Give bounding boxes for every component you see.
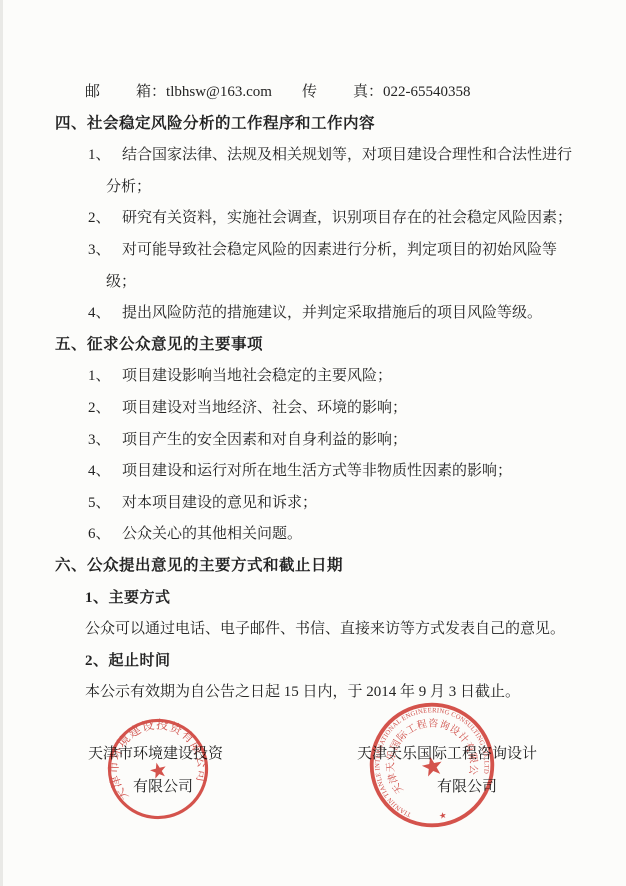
item-text: 提出风险防范的措施建议，并判定采取措施后的项目风险等级。 xyxy=(122,305,542,321)
item-number: 4、 xyxy=(88,303,122,323)
item-text: 项目产生的安全因素和对自身利益的影响； xyxy=(122,432,407,448)
item-number: 1、 xyxy=(88,145,122,165)
seal-star-icon xyxy=(420,754,444,777)
contact-line: 邮箱：tlbhsw@163.com传真：022-65540358 xyxy=(0,82,626,102)
doc-line-paragraph: 公众可以通过电话、电子邮件、书信、直接来访等方式发表自己的意见。 xyxy=(0,619,626,639)
seal-right-graphic: TIANJIN TIANLE INTERNATIONAL ENGINEERING… xyxy=(353,686,512,845)
fax-value: 022-65540358 xyxy=(383,84,471,100)
item-text: 研究有关资料，实施社会调查，识别项目存在的社会稳定风险因素； xyxy=(122,210,572,226)
item-number: 3、 xyxy=(88,240,122,260)
fax-label-suffix: 真： xyxy=(353,84,383,100)
item-number: 2、 xyxy=(88,398,122,418)
document-content: 邮箱：tlbhsw@163.com传真：022-65540358 四、社会稳定风… xyxy=(0,82,626,714)
doc-line-item: 2、项目建设对当地经济、社会、环境的影响； xyxy=(0,398,626,418)
item-number: 1、 xyxy=(88,366,122,386)
company-seal-left: 天津市环境建设投资有限公司 xyxy=(90,701,226,837)
doc-line-section: 五、征求公众意见的主要事项 xyxy=(0,335,626,355)
email-label: 邮 xyxy=(85,84,100,100)
seal-bottom-star-icon: ★ xyxy=(438,811,448,822)
seal-left-graphic: 天津市环境建设投资有限公司 xyxy=(90,701,226,837)
doc-line-item: 3、项目产生的安全因素和对自身利益的影响； xyxy=(0,430,626,450)
item-number: 2、 xyxy=(88,208,122,228)
item-text: 公众关心的其他相关问题。 xyxy=(122,526,302,542)
doc-line-item: 1、结合国家法律、法规及相关规划等，对项目建设合理性和合法性进行 xyxy=(0,145,626,165)
doc-line-subhead: 1、主要方式 xyxy=(0,588,626,608)
doc-line-paragraph: 本公示有效期为自公告之日起 15 日内，于 2014 年 9 月 3 日截止。 xyxy=(0,682,626,702)
item-text: 对本项目建设的意见和诉求； xyxy=(122,495,317,511)
seal-star-icon xyxy=(149,761,168,780)
item-number: 6、 xyxy=(88,524,122,544)
company-seal-right: TIANJIN TIANLE INTERNATIONAL ENGINEERING… xyxy=(353,686,512,845)
fax-label: 传 xyxy=(302,84,317,100)
item-text: 项目建设对当地经济、社会、环境的影响； xyxy=(122,400,407,416)
doc-line-subhead: 2、起止时间 xyxy=(0,651,626,671)
doc-line-continuation: 分析； xyxy=(0,177,626,197)
item-number: 5、 xyxy=(88,493,122,513)
email-value: tlbhsw@163.com xyxy=(166,84,272,100)
doc-line-item: 6、公众关心的其他相关问题。 xyxy=(0,524,626,544)
doc-line-section: 六、公众提出意见的主要方式和截止日期 xyxy=(0,556,626,576)
document-page: 邮箱：tlbhsw@163.com传真：022-65540358 四、社会稳定风… xyxy=(0,0,626,886)
doc-line-item: 3、对可能导致社会稳定风险的因素进行分析，判定项目的初始风险等 xyxy=(0,240,626,260)
doc-line-item: 4、项目建设和运行对所在地生活方式等非物质性因素的影响； xyxy=(0,461,626,481)
doc-line-item: 2、研究有关资料，实施社会调查，识别项目存在的社会稳定风险因素； xyxy=(0,208,626,228)
item-text: 项目建设和运行对所在地生活方式等非物质性因素的影响； xyxy=(122,463,512,479)
doc-line-item: 4、提出风险防范的措施建议，并判定采取措施后的项目风险等级。 xyxy=(0,303,626,323)
doc-line-item: 5、对本项目建设的意见和诉求； xyxy=(0,493,626,513)
email-label-suffix: 箱： xyxy=(136,84,166,100)
doc-line-continuation: 级； xyxy=(0,272,626,292)
document-lines: 四、社会稳定风险分析的工作程序和工作内容1、结合国家法律、法规及相关规划等，对项… xyxy=(0,114,626,703)
item-text: 对可能导致社会稳定风险的因素进行分析，判定项目的初始风险等 xyxy=(122,242,557,258)
doc-line-section: 四、社会稳定风险分析的工作程序和工作内容 xyxy=(0,114,626,134)
item-number: 3、 xyxy=(88,430,122,450)
item-text: 结合国家法律、法规及相关规划等，对项目建设合理性和合法性进行 xyxy=(122,147,572,163)
doc-line-item: 1、项目建设影响当地社会稳定的主要风险； xyxy=(0,366,626,386)
item-text: 项目建设影响当地社会稳定的主要风险； xyxy=(122,368,392,384)
item-number: 4、 xyxy=(88,461,122,481)
